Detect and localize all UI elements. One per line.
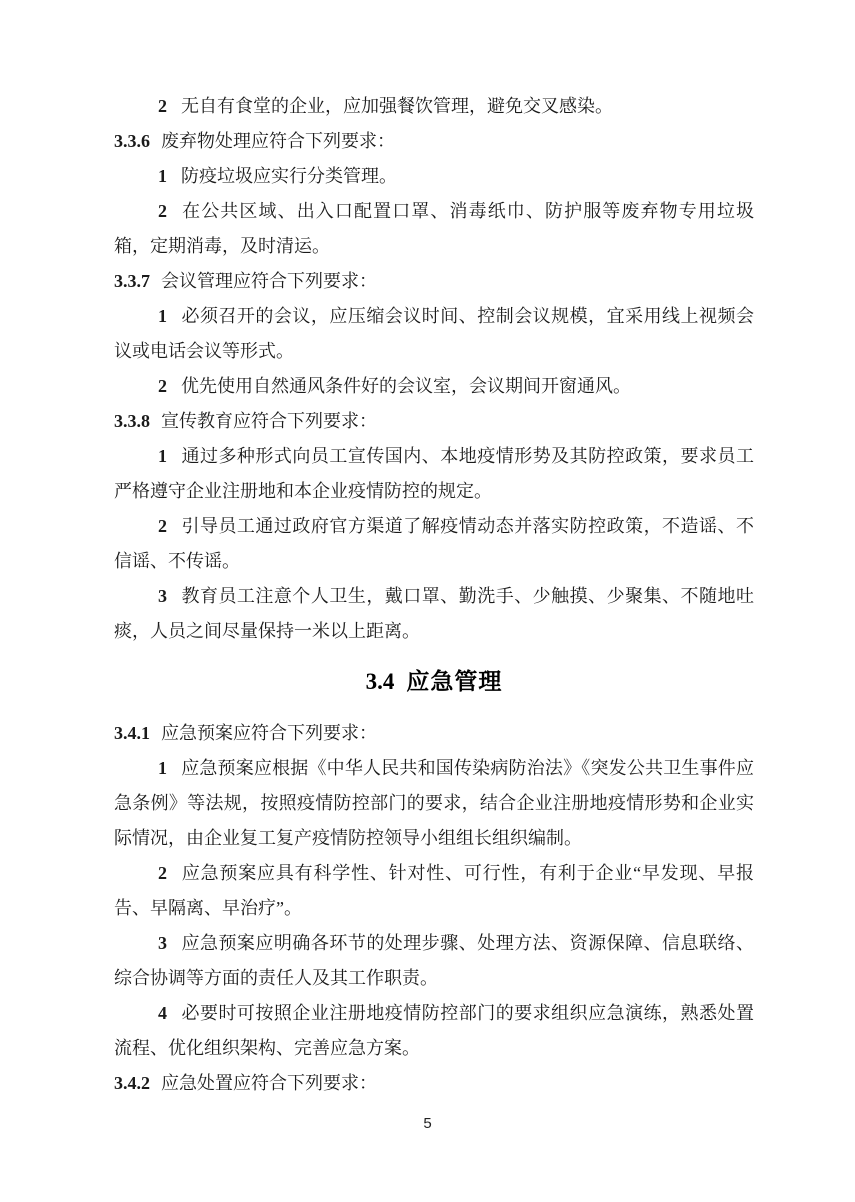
clause-paragraph: 3.3.6废弃物处理应符合下列要求： [114,124,754,159]
paragraph-number: 3.3.7 [114,271,150,291]
paragraph-text: 引导员工通过政府官方渠道了解疫情动态并落实防控政策，不造谣、不信谣、不传谣。 [114,516,754,571]
paragraph-text: 在公共区域、出入口配置口罩、消毒纸巾、防护服等废弃物专用垃圾箱，定期消毒，及时清… [114,201,754,256]
paragraph-text: 无自有食堂的企业，应加强餐饮管理，避免交叉感染。 [181,96,613,116]
list-item-paragraph: 1通过多种形式向员工宣传国内、本地疫情形势及其防控政策，要求员工严格遵守企业注册… [114,439,754,509]
list-item-paragraph: 3应急预案应明确各环节的处理步骤、处理方法、资源保障、信息联络、综合协调等方面的… [114,926,754,996]
paragraph-text: 必须召开的会议，应压缩会议时间、控制会议规模，宜采用线上视频会议或电话会议等形式… [114,306,754,361]
paragraph-text: 防疫垃圾应实行分类管理。 [181,166,397,186]
paragraph-number: 3 [158,586,167,606]
paragraph-text: 会议管理应符合下列要求： [161,271,377,291]
list-item-paragraph: 2无自有食堂的企业，应加强餐饮管理，避免交叉感染。 [114,89,754,124]
paragraph-text: 应急预案应符合下列要求： [161,723,377,743]
paragraph-number: 3.4.2 [114,1073,150,1093]
paragraph-number: 3 [158,933,167,953]
clause-paragraph: 3.4.1应急预案应符合下列要求： [114,716,754,751]
clause-paragraph: 3.3.8宣传教育应符合下列要求： [114,404,754,439]
paragraph-number: 1 [158,758,167,778]
clause-paragraph: 3.4.2应急处置应符合下列要求： [114,1066,754,1101]
list-item-paragraph: 2引导员工通过政府官方渠道了解疫情动态并落实防控政策，不造谣、不信谣、不传谣。 [114,509,754,579]
document-body: 2无自有食堂的企业，应加强餐饮管理，避免交叉感染。3.3.6废弃物处理应符合下列… [0,0,855,1101]
document-page: 2无自有食堂的企业，应加强餐饮管理，避免交叉感染。3.3.6废弃物处理应符合下列… [0,0,855,1202]
list-item-paragraph: 3教育员工注意个人卫生，戴口罩、勤洗手、少触摸、少聚集、不随地吐痰，人员之间尽量… [114,579,754,649]
paragraph-text: 通过多种形式向员工宣传国内、本地疫情形势及其防控政策，要求员工严格遵守企业注册地… [114,446,754,501]
clause-paragraph: 3.3.7会议管理应符合下列要求： [114,264,754,299]
paragraph-number: 1 [158,166,167,186]
section-title: 应急管理 [406,668,502,694]
paragraph-number: 3.3.8 [114,411,150,431]
section-heading: 3.4应急管理 [114,661,754,702]
list-item-paragraph: 2在公共区域、出入口配置口罩、消毒纸巾、防护服等废弃物专用垃圾箱，定期消毒，及时… [114,194,754,264]
list-item-paragraph: 2优先使用自然通风条件好的会议室，会议期间开窗通风。 [114,369,754,404]
section-number: 3.4 [366,669,395,694]
paragraph-number: 2 [158,863,167,883]
paragraph-number: 3.3.6 [114,131,150,151]
list-item-paragraph: 4必要时可按照企业注册地疫情防控部门的要求组织应急演练，熟悉处置流程、优化组织架… [114,996,754,1066]
paragraph-text: 应急预案应明确各环节的处理步骤、处理方法、资源保障、信息联络、综合协调等方面的责… [114,933,754,988]
paragraph-text: 必要时可按照企业注册地疫情防控部门的要求组织应急演练，熟悉处置流程、优化组织架构… [114,1003,754,1058]
paragraph-text: 应急预案应根据《中华人民共和国传染病防治法》《突发公共卫生事件应急条例》等法规，… [114,758,754,848]
paragraph-text: 应急处置应符合下列要求： [161,1073,377,1093]
paragraph-number: 1 [158,306,167,326]
paragraph-text: 宣传教育应符合下列要求： [161,411,377,431]
paragraph-text: 教育员工注意个人卫生，戴口罩、勤洗手、少触摸、少聚集、不随地吐痰，人员之间尽量保… [114,586,754,641]
paragraph-number: 2 [158,516,167,536]
list-item-paragraph: 2应急预案应具有科学性、针对性、可行性，有利于企业“早发现、早报告、早隔离、早治… [114,856,754,926]
paragraph-text: 废弃物处理应符合下列要求： [161,131,395,151]
paragraph-number: 2 [158,376,167,396]
paragraph-number: 1 [158,446,167,466]
list-item-paragraph: 1应急预案应根据《中华人民共和国传染病防治法》《突发公共卫生事件应急条例》等法规… [114,751,754,856]
paragraph-number: 2 [158,201,167,221]
paragraph-text: 优先使用自然通风条件好的会议室，会议期间开窗通风。 [181,376,631,396]
list-item-paragraph: 1防疫垃圾应实行分类管理。 [114,159,754,194]
page-number: 5 [0,1114,855,1134]
paragraph-text: 应急预案应具有科学性、针对性、可行性，有利于企业“早发现、早报告、早隔离、早治疗… [114,863,754,918]
paragraph-number: 3.4.1 [114,723,150,743]
paragraph-number: 4 [158,1003,167,1023]
paragraph-number: 2 [158,96,167,116]
list-item-paragraph: 1必须召开的会议，应压缩会议时间、控制会议规模，宜采用线上视频会议或电话会议等形… [114,299,754,369]
